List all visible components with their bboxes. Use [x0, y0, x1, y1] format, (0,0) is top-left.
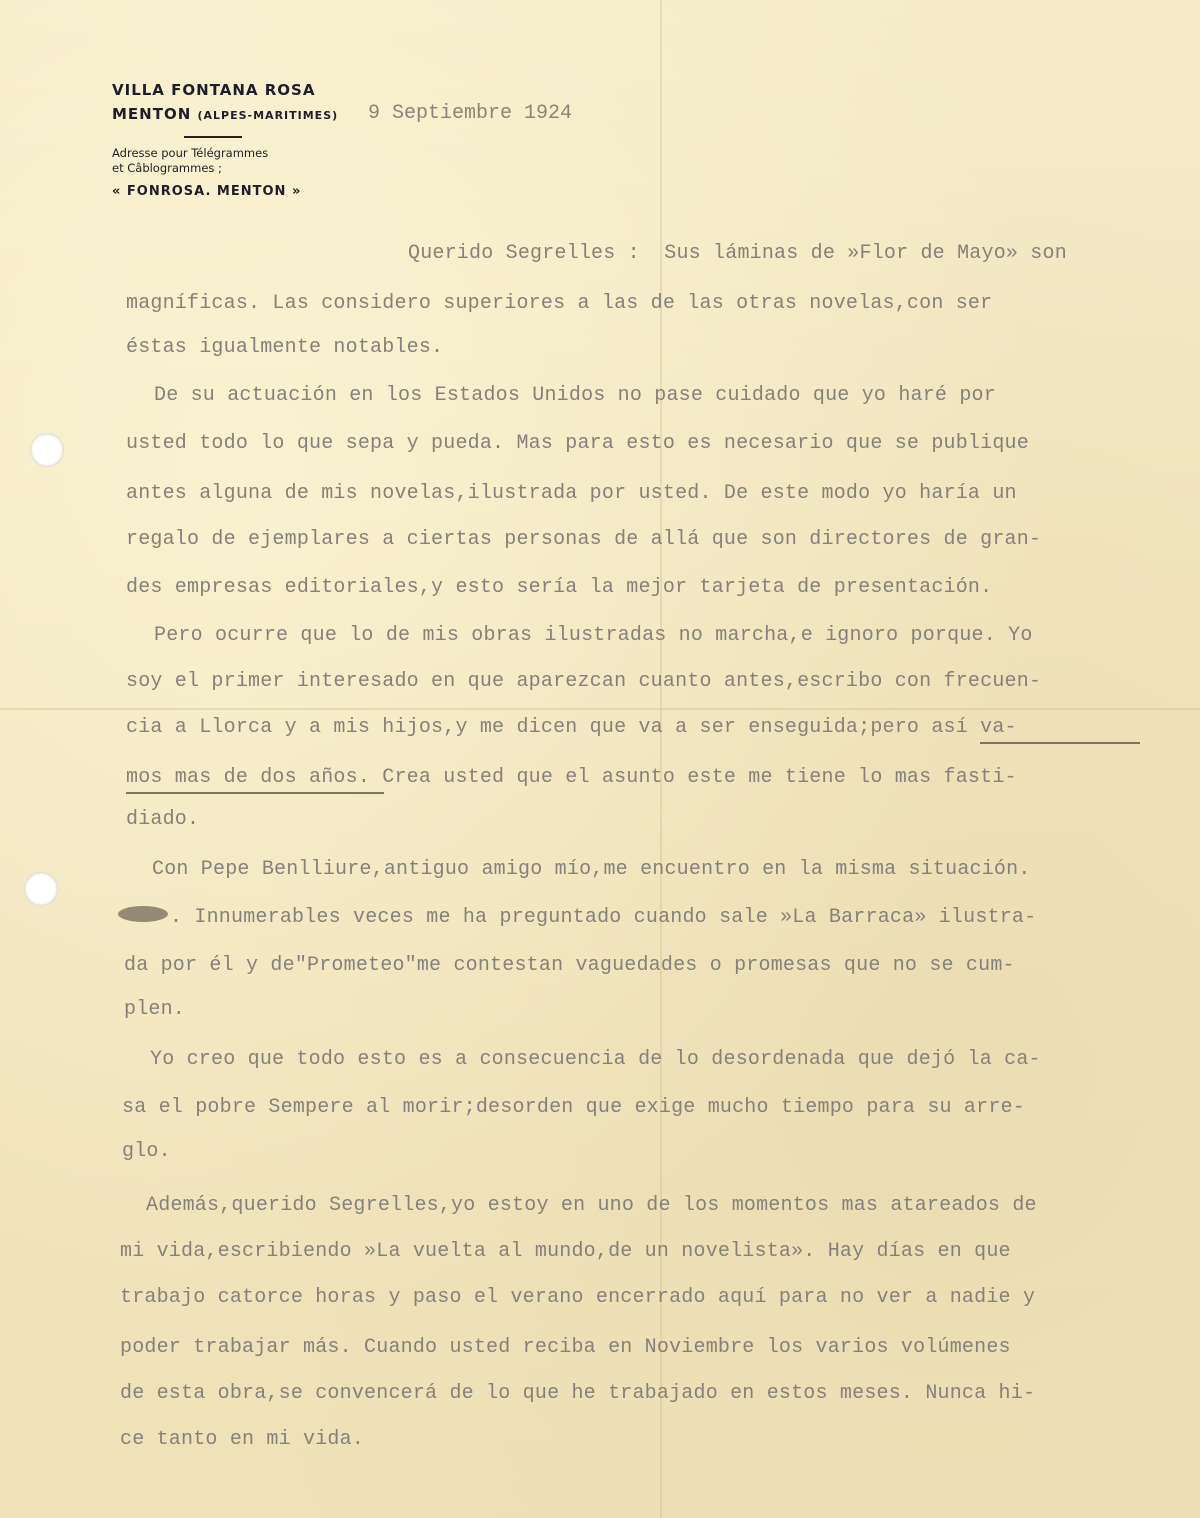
text-line: mi vida,escribiendo »La vuelta al mundo,… [120, 1240, 1011, 1263]
address-label-2: et Câblogrammes ; [112, 161, 338, 176]
letterhead-rule [184, 136, 242, 138]
text-line: Querido Segrelles : Sus láminas de »Flor… [408, 242, 1067, 265]
letter-date: 9 Septiembre 1924 [368, 102, 572, 125]
text-line: antes alguna de mis novelas,ilustrada po… [126, 482, 1017, 505]
ink-scribble [118, 906, 168, 922]
letter-page: VILLA FONTANA ROSA MENTON (ALPES-MARITIM… [0, 0, 1200, 1518]
text-line: sa el pobre Sempere al morir;desorden qu… [122, 1096, 1025, 1119]
text-line: De su actuación en los Estados Unidos no… [154, 384, 996, 407]
text-line: Con Pepe Benlliure,antiguo amigo mío,me … [152, 858, 1031, 881]
text-line: trabajo catorce horas y paso el verano e… [120, 1286, 1035, 1309]
text-line: . Innumerables veces me ha preguntado cu… [170, 906, 1036, 929]
letterhead-name: VILLA FONTANA ROSA [112, 78, 338, 102]
text-line: magníficas. Las considero superiores a l… [126, 292, 992, 315]
text-line: regalo de ejemplares a ciertas personas … [126, 528, 1041, 551]
handwritten-underline [980, 742, 1140, 744]
text-line: poder trabajar más. Cuando usted reciba … [120, 1336, 1011, 1359]
punch-hole [30, 433, 64, 467]
text-line-underlined: cia a Llorca y a mis hijos,y me dicen qu… [126, 716, 1017, 739]
letterhead-city: MENTON [112, 105, 191, 123]
text-line: de esta obra,se convencerá de lo que he … [120, 1382, 1035, 1405]
text-line: Yo creo que todo esto es a consecuencia … [150, 1048, 1041, 1071]
letterhead-city-line: MENTON (ALPES-MARITIMES) [112, 102, 338, 128]
fold-crease [0, 708, 1200, 710]
text-line: éstas igualmente notables. [126, 336, 443, 359]
text-line: soy el primer interesado en que aparezca… [126, 670, 1041, 693]
text-line: Pero ocurre que lo de mis obras ilustrad… [154, 624, 1033, 647]
text-line: des empresas editoriales,y esto sería la… [126, 576, 992, 599]
text-line: Además,querido Segrelles,yo estoy en uno… [146, 1194, 1037, 1217]
punch-hole [24, 872, 58, 906]
text-line: ce tanto en mi vida. [120, 1428, 364, 1451]
letterhead-region: (ALPES-MARITIMES) [198, 109, 339, 122]
text-line-underlined: mos mas de dos años. Crea usted que el a… [126, 766, 1017, 789]
text-line: diado. [126, 808, 199, 831]
letterhead: VILLA FONTANA ROSA MENTON (ALPES-MARITIM… [112, 78, 338, 199]
address-label-1: Adresse pour Télégrammes [112, 146, 338, 161]
text-line: usted todo lo que sepa y pueda. Mas para… [126, 432, 1029, 455]
handwritten-underline [126, 792, 384, 794]
text-line: plen. [124, 998, 185, 1021]
cable-address: « FONROSA. MENTON » [112, 184, 338, 199]
text-line: da por él y de"Prometeo"me contestan vag… [124, 954, 1015, 977]
text-line: glo. [122, 1140, 171, 1163]
